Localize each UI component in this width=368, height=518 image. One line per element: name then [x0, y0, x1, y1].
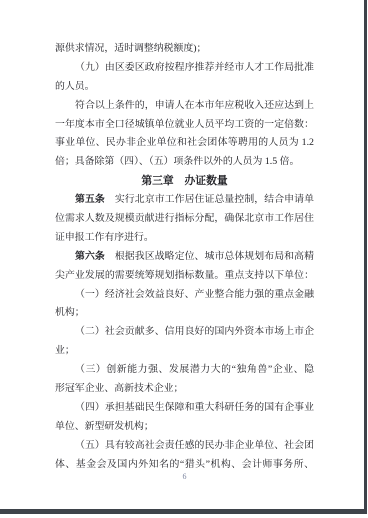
- document-line: 第五条 实行北京市工作居住证总量控制，结合申请单: [55, 191, 314, 210]
- document-line: 源供求情况，适时调整纳税额度)；: [55, 40, 314, 59]
- text-segment: （二）社会贡献多、信用良好的国内外资本市场上市企: [75, 326, 314, 337]
- text-segment: 体、基金会及国内外知名的“猎头”机构、会计师事务所、: [55, 459, 314, 470]
- text-segment: 源供求情况，适时调整纳税额度)；: [55, 43, 206, 54]
- document-line: 倍；具备除第（四）、（五）项条件以外的人员为 1.5 倍。: [55, 153, 314, 172]
- document-line: 事业单位、民办非企业单位和社会团体等聘用的人员为 1.2: [55, 134, 314, 153]
- text-segment: 实行北京市工作居住证总量控制，结合申请单: [105, 194, 314, 205]
- document-line: 形冠军企业、高新技术企业；: [55, 380, 314, 399]
- text-segment: 倍；具备除第（四）、（五）项条件以外的人员为 1.5 倍。: [55, 156, 299, 167]
- text-segment: 事业单位、民办非企业单位和社会团体等聘用的人员为 1.2: [55, 137, 314, 148]
- document-line: 位需求人数及规模贡献进行指标分配，确保北京市工作居住: [55, 210, 314, 229]
- document-line: 业；: [55, 342, 314, 361]
- text-segment: 一年度本市全口径城镇单位就业人员平均工资的一定倍数：: [55, 119, 314, 130]
- text-segment-bold: 第六条: [75, 251, 105, 262]
- text-segment: 位需求人数及规模贡献进行指标分配，确保北京市工作居住: [55, 213, 314, 224]
- document-line: （四）承担基础民生保障和重大科研任务的国有企事业: [55, 399, 314, 418]
- text-segment: 符合以上条件的，申请人在本市年应税收入还应达到上: [75, 100, 314, 111]
- document-line: （九）由区委区政府按程序推荐并经市人才工作局批准: [55, 59, 314, 78]
- document-line: 尖产业发展的需要统筹规划指标数量。重点支持以下单位：: [55, 267, 314, 286]
- page-edge-shadow-bottom: [0, 509, 367, 514]
- document-line: 单位、新型研发机构；: [55, 418, 314, 437]
- document-page: 源供求情况，适时调整纳税额度)；（九）由区委区政府按程序推荐并经市人才工作局批准…: [0, 0, 368, 518]
- text-segment: （五）具有较高社会责任感的民办非企业单位、社会团: [75, 440, 314, 451]
- text-segment: 证申报工作有序进行。: [55, 232, 154, 243]
- text-segment: （四）承担基础民生保障和重大科研任务的国有企事业: [75, 402, 314, 413]
- document-line: 一年度本市全口径城镇单位就业人员平均工资的一定倍数：: [55, 116, 314, 135]
- text-segment-bold: 第三章 办证数量: [141, 175, 227, 187]
- document-line: 机构；: [55, 304, 314, 323]
- text-segment: 形冠军企业、高新技术企业；: [55, 383, 183, 394]
- page-edge-shadow-right: [364, 0, 367, 514]
- chapter-heading: 第三章 办证数量: [55, 172, 314, 191]
- text-segment: 的人员。: [55, 81, 95, 92]
- document-line: （一）经济社会效益良好、产业整合能力强的重点金融: [55, 286, 314, 305]
- document-line: 证申报工作有序进行。: [55, 229, 314, 248]
- document-line: （五）具有较高社会责任感的民办非企业单位、社会团: [55, 437, 314, 456]
- text-segment: 尖产业发展的需要统筹规划指标数量。重点支持以下单位：: [55, 270, 314, 281]
- text-segment: （一）经济社会效益良好、产业整合能力强的重点金融: [75, 289, 314, 300]
- text-segment: （三）创新能力强、发展潜力大的“独角兽”企业、隐: [75, 364, 314, 375]
- document-text: 源供求情况，适时调整纳税额度)；（九）由区委区政府按程序推荐并经市人才工作局批准…: [55, 40, 314, 474]
- text-segment: 机构；: [55, 307, 85, 318]
- document-line: 第六条 根据我区战略定位、城市总体规划布局和高精: [55, 248, 314, 267]
- page-number: 6: [55, 472, 314, 481]
- text-segment-bold: 第五条: [75, 194, 105, 205]
- document-line: 的人员。: [55, 78, 314, 97]
- text-segment: 业；: [55, 345, 75, 356]
- document-line: （三）创新能力强、发展潜力大的“独角兽”企业、隐: [55, 361, 314, 380]
- document-line: （二）社会贡献多、信用良好的国内外资本市场上市企: [55, 323, 314, 342]
- text-segment: 单位、新型研发机构；: [55, 421, 154, 432]
- document-line: 符合以上条件的，申请人在本市年应税收入还应达到上: [55, 97, 314, 116]
- text-segment: （九）由区委区政府按程序推荐并经市人才工作局批准: [75, 62, 314, 73]
- text-segment: 根据我区战略定位、城市总体规划布局和高精: [105, 251, 314, 262]
